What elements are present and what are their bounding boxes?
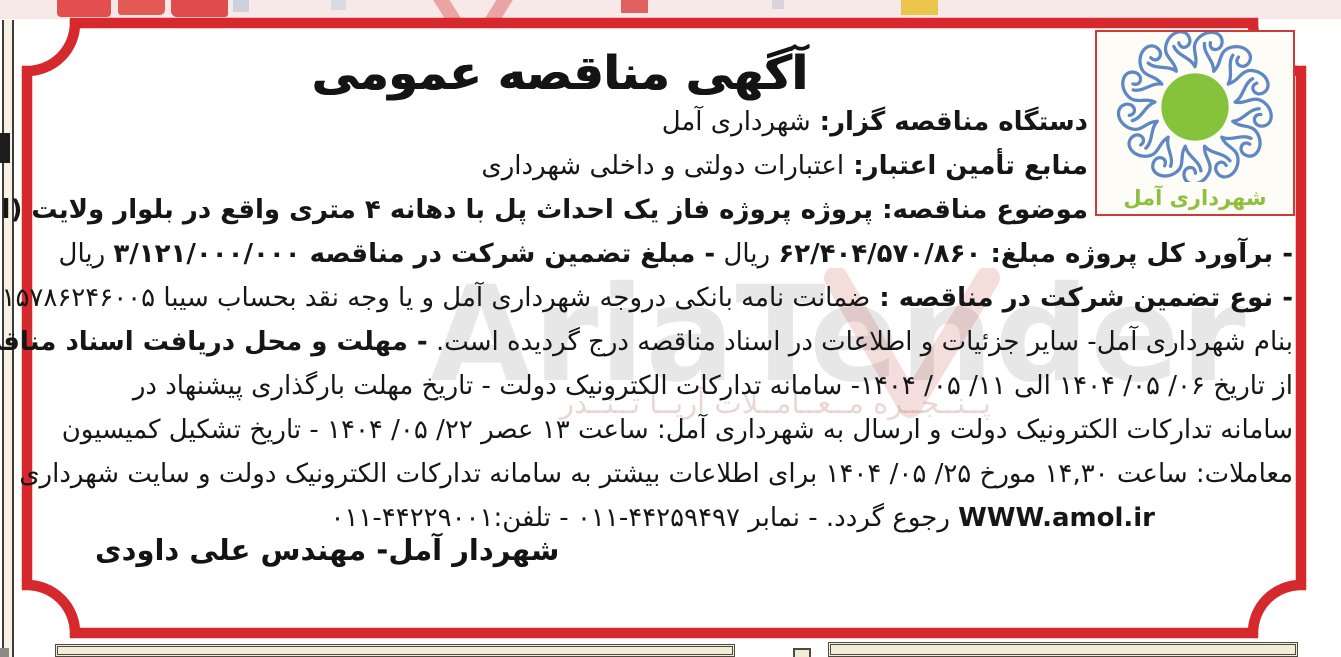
adjacent-ad-border-bottom-left <box>55 644 735 657</box>
text-segment: پروژه پروژه فاز یک احداث پل با دهانه ۴ م… <box>0 195 873 225</box>
adjacent-ad-border-bottom-right <box>828 642 1298 657</box>
ad-line: بنام شهرداری آمل- سایر جزئیات و اطلاعات … <box>42 320 1293 364</box>
ad-line: - نوع تضمین شرکت در مناقصه : ضمانت نامه … <box>42 276 1293 320</box>
text-segment: بنام شهرداری آمل- سایر جزئیات و اطلاعات … <box>428 327 1293 357</box>
adjacent-ad-fragment <box>793 648 811 657</box>
text-segment: - مبلغ تضمین شرکت در مناقصه <box>301 239 716 269</box>
adjacent-content-top-strip <box>0 0 1341 19</box>
torn-fragment <box>233 0 249 12</box>
text-segment: - مهلت و محل دریافت اسناد مناقصه: <box>0 327 428 357</box>
adjacent-ad-fragment <box>0 133 10 163</box>
text-segment: WWW.amol.ir <box>958 503 1155 533</box>
torn-fragment <box>772 0 784 9</box>
text-segment: رجوع گردد. - نمابر ۴۴۲۵۹۴۹۷-۰۱۱ - تلفن:۴… <box>330 503 958 533</box>
text-segment: ضمانت نامه بانکی دروجه شهرداری آمل و یا … <box>0 283 870 313</box>
torn-fragment <box>901 0 938 15</box>
ad-line: دستگاه مناقصه گزار: شهرداری آمل <box>42 100 1088 144</box>
adjacent-ad-fragment <box>0 648 9 657</box>
ad-line: معاملات: ساعت ۱۴,۳۰ مورخ ۲۵/ ۰۵/ ۱۴۰۴ بر… <box>42 452 1293 496</box>
ad-line: موضوع مناقصه: پروژه پروژه فاز یک احداث پ… <box>42 188 1088 232</box>
text-segment: موضوع مناقصه: <box>873 195 1088 225</box>
text-segment: معاملات: ساعت ۱۴,۳۰ مورخ ۲۵/ ۰۵/ ۱۴۰۴ بر… <box>19 459 1293 489</box>
ad-line: - برآورد کل پروژه مبلغ: ۶۲/۴۰۴/۵۷۰/۸۶۰ ر… <box>42 232 1293 276</box>
text-segment: شهرداری آمل <box>662 107 811 137</box>
ad-line: منابع تأمین اعتبار: اعتبارات دولتی و داخ… <box>42 144 1088 188</box>
mayor-signature: شهردار آمل- مهندس علی داودی <box>95 533 559 567</box>
ad-line: سامانه تدارکات الکترونیک دولت و ارسال به… <box>42 408 1293 452</box>
torn-fragment <box>57 0 111 17</box>
text-segment: - برآورد کل پروژه مبلغ: <box>981 239 1293 269</box>
text-segment: منابع تأمین اعتبار: <box>844 151 1088 181</box>
text-segment: دستگاه مناقصه گزار: <box>811 107 1088 137</box>
torn-fragment <box>171 0 228 17</box>
text-segment: ۶۲/۴۰۴/۵۷۰/۸۶۰ <box>778 239 981 269</box>
torn-fragment <box>331 0 346 10</box>
text-segment: ریال <box>715 239 778 269</box>
torn-fragment <box>484 0 514 27</box>
text-segment: - نوع تضمین شرکت در مناقصه : <box>870 283 1293 313</box>
ad-line: از تاریخ ۰۶/ ۰۵/ ۱۴۰۴ الی ۱۱/ ۰۵/ ۱۴۰۴- … <box>42 364 1293 408</box>
ad-body: دستگاه مناقصه گزار: شهرداری آملمنابع تأم… <box>42 100 1293 540</box>
text-segment: اعتبارات دولتی و داخلی شهرداری <box>481 151 844 181</box>
torn-fragment <box>118 0 165 15</box>
text-segment: ریال <box>59 239 114 269</box>
text-segment: از تاریخ ۰۶/ ۰۵/ ۱۴۰۴ الی ۱۱/ ۰۵/ ۱۴۰۴- … <box>133 371 1293 401</box>
torn-fragment <box>432 0 462 27</box>
text-segment: ۳/۱۲۱/۰۰۰/۰۰۰ <box>113 239 300 269</box>
torn-fragment <box>621 0 648 13</box>
text-segment: سامانه تدارکات الکترونیک دولت و ارسال به… <box>62 415 1293 445</box>
ad-title: آگهی مناقصه عمومی <box>30 46 1090 101</box>
newspaper-tender-ad-page: AriaTender پــنــجــره مــعــامــلات آری… <box>0 0 1341 657</box>
